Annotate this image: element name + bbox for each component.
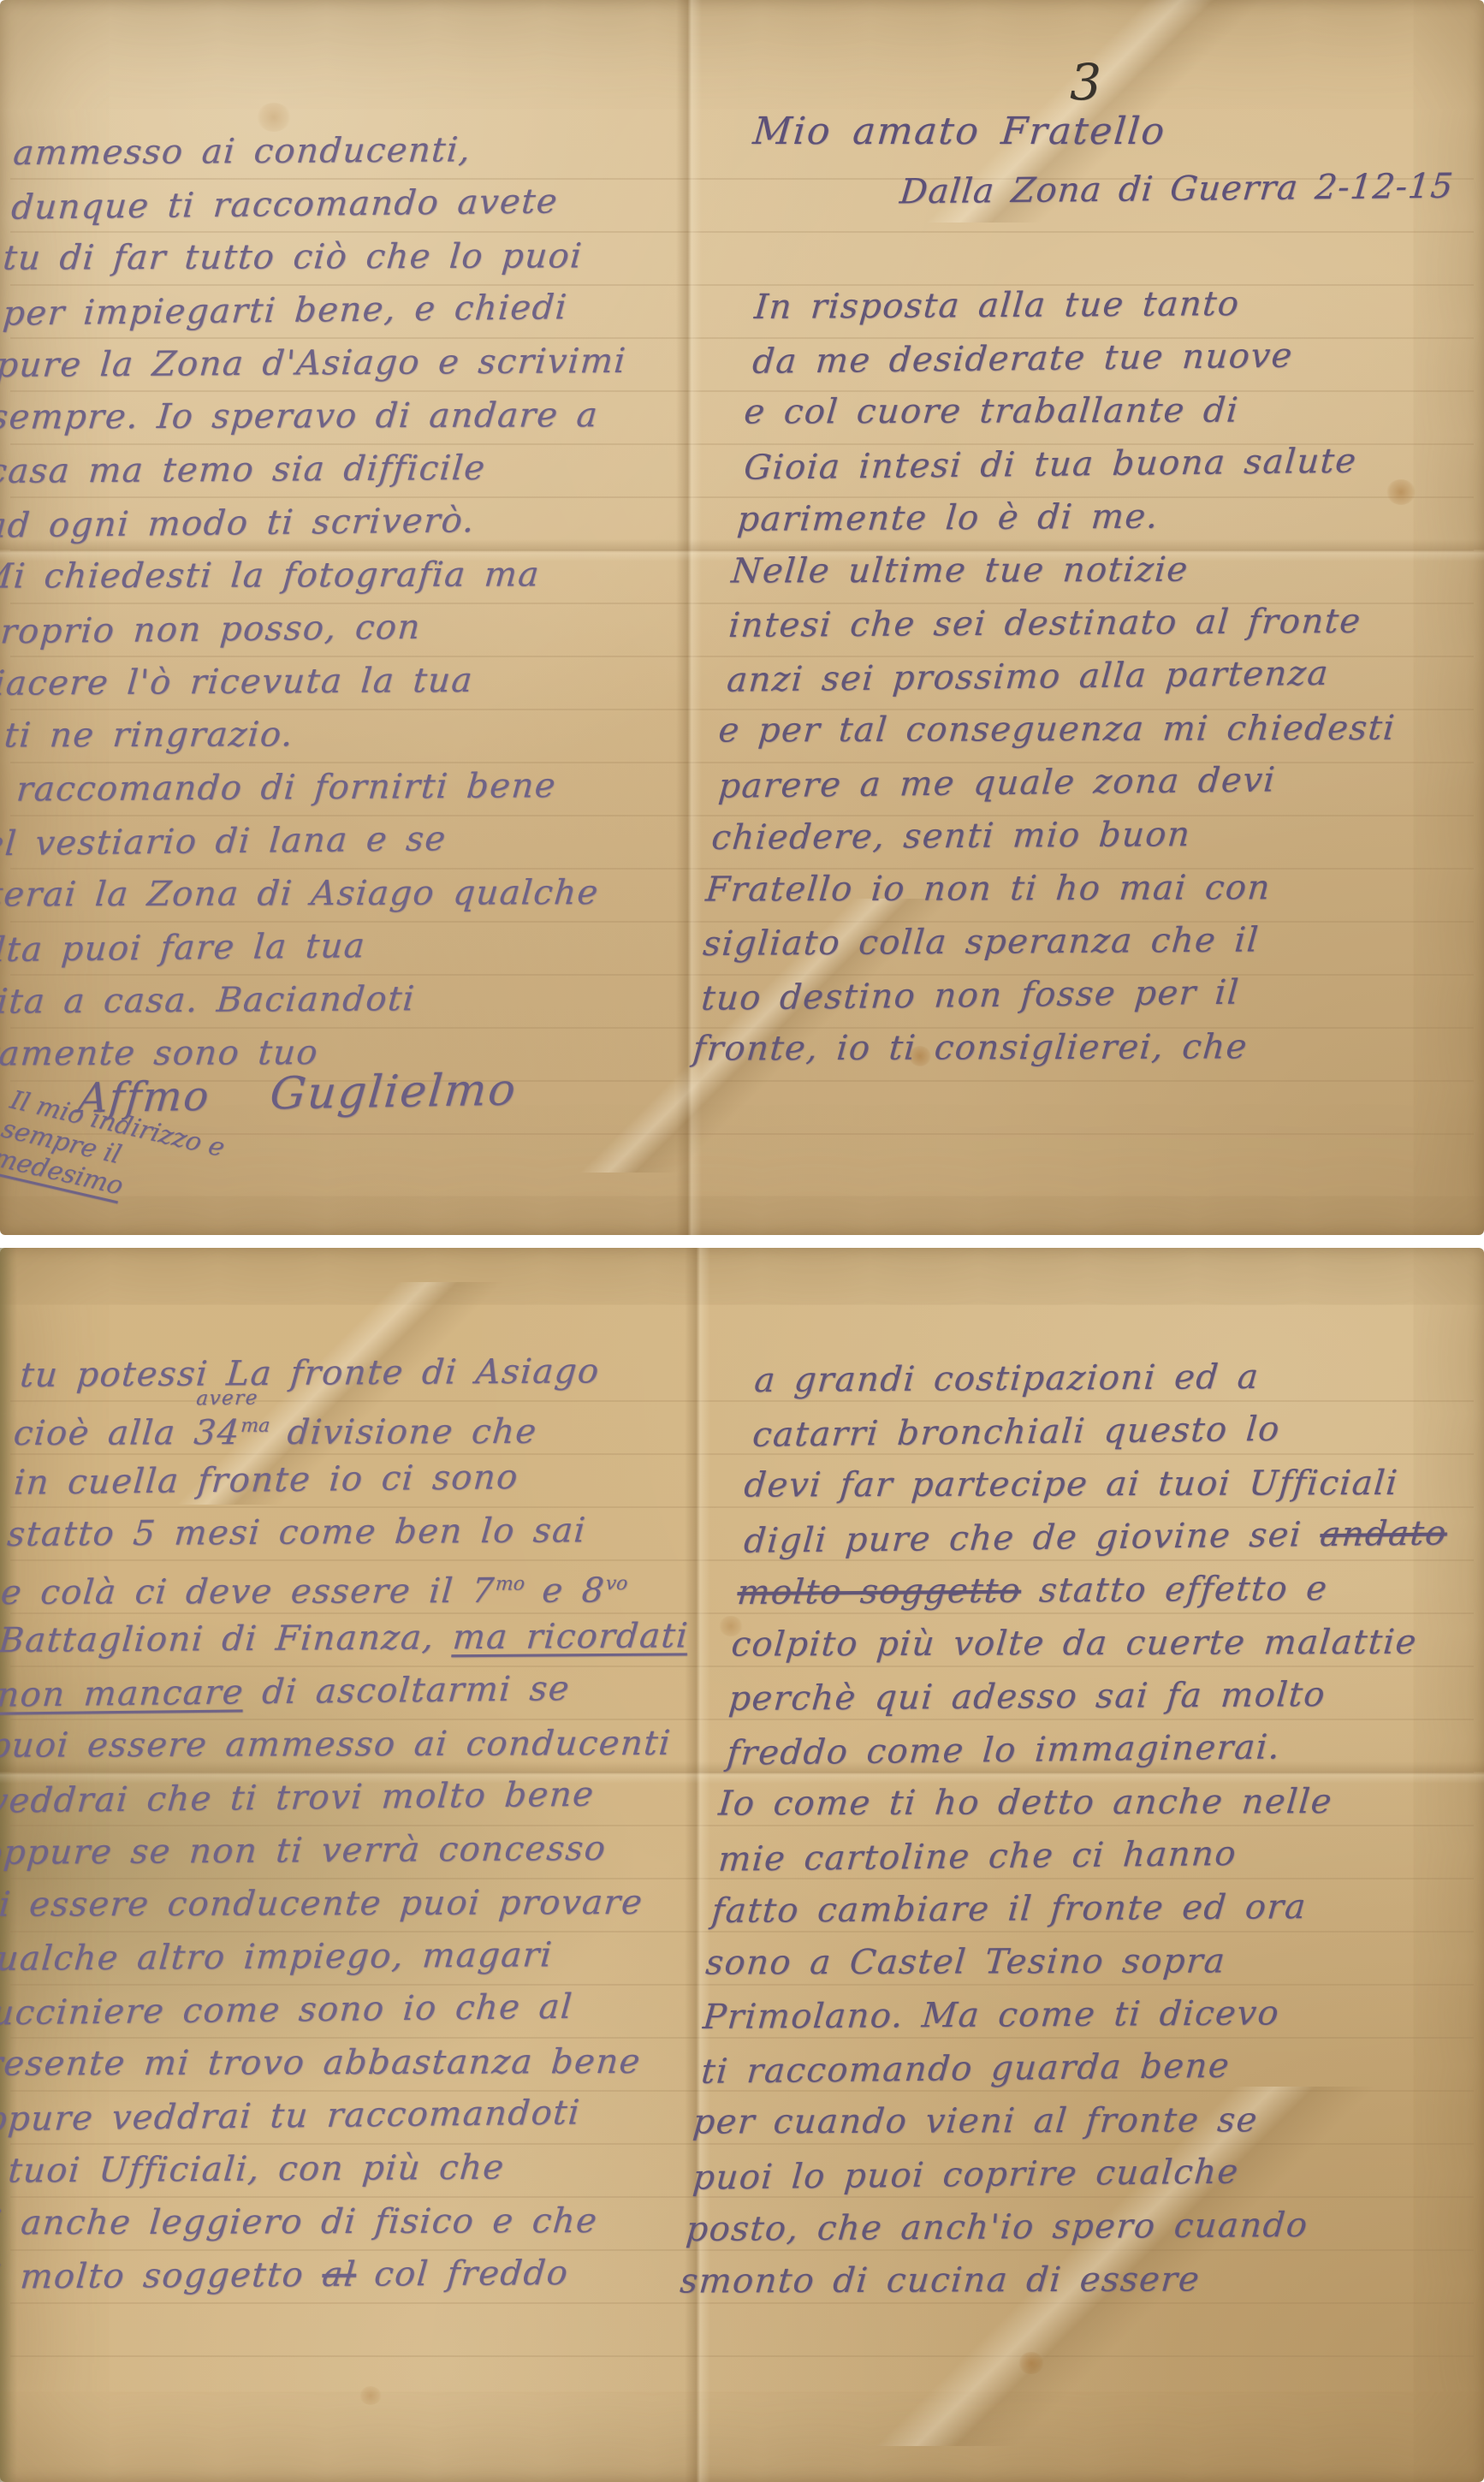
handwriting-line: tu potessi La fronte di Asiago (18, 1345, 690, 1402)
paper-stain (359, 2386, 382, 2405)
handwriting-line: tu di far tutto ciò che lo puoi (1, 229, 664, 285)
top-right-page-body: In risposta alla tue tantoda me desidera… (692, 276, 1467, 1077)
handwriting-line: per cuando vieni al fronte se (691, 2093, 1405, 2149)
handwriting-line: e col cuore traballante di (742, 383, 1457, 439)
handwriting-line: catarri bronchiali questo lo (751, 1400, 1465, 1461)
handwriting-line: e per tal conseguenza mi chiedesti (716, 702, 1431, 757)
handwriting-line: colpito più volte da cuerte malattie (729, 1616, 1444, 1671)
handwriting-line: Io come ti ho detto anche nelle (716, 1775, 1431, 1831)
handwriting-line: puoi essere ammesso ai conducenti (0, 1717, 659, 1772)
handwriting-line: anzi sei prossimo alla partenza (725, 645, 1439, 706)
handwriting-line: puoi lo puoi coprire cualche (691, 2143, 1405, 2204)
dateline: Dalla Zona di Guerra 2-12-15 (898, 167, 1455, 212)
handwriting-line: chiedere, senti mio buon (709, 806, 1424, 864)
paper-stain (1018, 2352, 1044, 2374)
handwriting-line: in cuella fronte io ci sono (12, 1449, 684, 1510)
handwriting-line: Mi chiedesti la fotografia ma (0, 548, 639, 603)
top-left-page-body: ammesso ai conducenti,dunque ti raccoman… (0, 122, 674, 1082)
handwriting-line: Nelle ultime tue notizie (729, 543, 1444, 598)
handwriting-line: Gioia intesi di tua buona salute (742, 433, 1457, 494)
handwriting-line: molto soggetto statto effetto e (735, 1561, 1450, 1619)
handwriting-line: del vestiario di lana e se (0, 811, 622, 871)
handwriting-line: dunque ti raccomando avete (9, 174, 673, 235)
handwriting-line: devi far partecipe ai tuoi Ufficiali (742, 1457, 1457, 1512)
handwriting-line: sigliato colla speranza che il (701, 912, 1416, 971)
handwriting-line: smonto di cucina di essere (678, 2253, 1392, 2308)
handwriting-line: casa ma temo sia difficile (0, 441, 650, 498)
handwriting-line: Primolano. Ma come ti dicevo (701, 1986, 1416, 2044)
bottom-left-page-body: tu potessi La fronte di Asiagoaverecioè … (0, 1345, 690, 2304)
handwriting-line: ammesso ai conducenti, (11, 122, 674, 180)
handwriting-line: e ti ne ringrazio. (0, 707, 626, 763)
handwriting-line: a grandi costipazioni ed a (752, 1349, 1467, 1407)
handwriting-line: per impiegarti bene, e chiedi (1, 280, 664, 341)
handwriting-line: freddo come lo immaginerai. (725, 1719, 1439, 1779)
handwriting-line: cioè alla 34ma divisione che (12, 1398, 684, 1454)
handwriting-line: e colà ci deve essere il 7mo e 8vo (0, 1558, 671, 1613)
handwriting-line: perchè qui adesso sai fa molto (727, 1667, 1441, 1725)
salutation: Mio amato Fratello (751, 110, 1168, 153)
handwriting-line: In risposta alla tue tanto (752, 276, 1467, 334)
handwriting-line: parere a me quale zona devi (716, 751, 1431, 812)
handwriting-line: ai tuoi Ufficiali, con più che (0, 2141, 626, 2198)
handwriting-line: non mancare di ascoltarmi se (0, 1661, 668, 1722)
handwriting-line: piacere l'ò ricevuta la tua (0, 653, 632, 710)
handwriting-line: ad ogni modo ti scriverò. (0, 492, 648, 553)
handwriting-line: statto 5 mesi come ben lo sai (5, 1504, 677, 1561)
handwriting-line: fatto cambiare il fronte ed ora (709, 1879, 1424, 1938)
handwriting-line: fronte, io ti consiglierei, che (691, 1020, 1405, 1076)
handwriting-line: mie cartoline che ci hanno (716, 1825, 1431, 1885)
handwriting-line: oppure se non ti verrà concesso (0, 1822, 652, 1879)
handwriting-line: sono a Castel Tesino sopra (703, 1934, 1418, 1990)
signature-name: Guglielmo (268, 1065, 519, 1120)
handwriting-line: vai molto soggetto al col freddo (0, 2247, 618, 2304)
handwriting-line: veddrai che ti trovi molto bene (0, 1767, 659, 1828)
page-number: 3 (1070, 53, 1101, 111)
handwriting-line: ti raccomando guarda bene (699, 2037, 1414, 2098)
bottom-right-page-body: a grandi costipazioni ed acatarri bronch… (680, 1349, 1467, 2309)
handwriting-line: qualche altro impiego, magari (0, 1928, 644, 1986)
handwriting-line: visita a casa. Baciandoti (0, 971, 607, 1029)
handwriting-line: sempre. Io speravo di andare a (0, 389, 651, 444)
handwriting-line: parimente lo è di me. (735, 488, 1450, 546)
handwriting-line: posto, che anch'io spero cuando (684, 2198, 1398, 2256)
handwriting-line: otterai la Zona di Asiago qualche (0, 866, 614, 922)
bottom-spread-paper: tu potessi La fronte di Asiagoaverecioè … (0, 1248, 1484, 2482)
handwriting-line: presente mi trovo abbastanza bene (0, 2035, 633, 2091)
letter-scan: 3 ammesso ai conducenti,dunque ti raccom… (0, 0, 1484, 2482)
handwriting-line: Battaglioni di Finanza, ma ricordati (0, 1610, 669, 1667)
handwriting-line: oppure veddrai tu raccomandoti (0, 2086, 633, 2147)
handwriting-line: Fratello io non ti ho mai con (703, 861, 1418, 917)
handwriting-line: da me desiderate tue nuove (751, 327, 1465, 388)
handwriting-line: di essere conducente puoi provare (0, 1876, 646, 1932)
handwriting-line: digli pure che de giovine sei andato (742, 1506, 1457, 1567)
handwriting-line: proprio non posso, con (0, 598, 639, 659)
handwriting-line: cucciniere come sono io che al (0, 1980, 642, 2040)
top-spread-paper: 3 ammesso ai conducenti,dunque ti raccom… (0, 0, 1484, 1235)
handwriting-line: pure la Zona d'Asiago e scrivimi (0, 335, 657, 392)
handwriting-line: intesi che sei destinato al fronte (727, 594, 1441, 652)
handwriting-line: volta puoi fare la tua (0, 917, 614, 977)
handwriting-line: sei anche leggiero di fisico e che (0, 2194, 620, 2250)
handwriting-line: tuo destino non fosse per il (699, 964, 1414, 1024)
handwriting-line: Ti raccomando di fornirti bene (0, 759, 624, 816)
